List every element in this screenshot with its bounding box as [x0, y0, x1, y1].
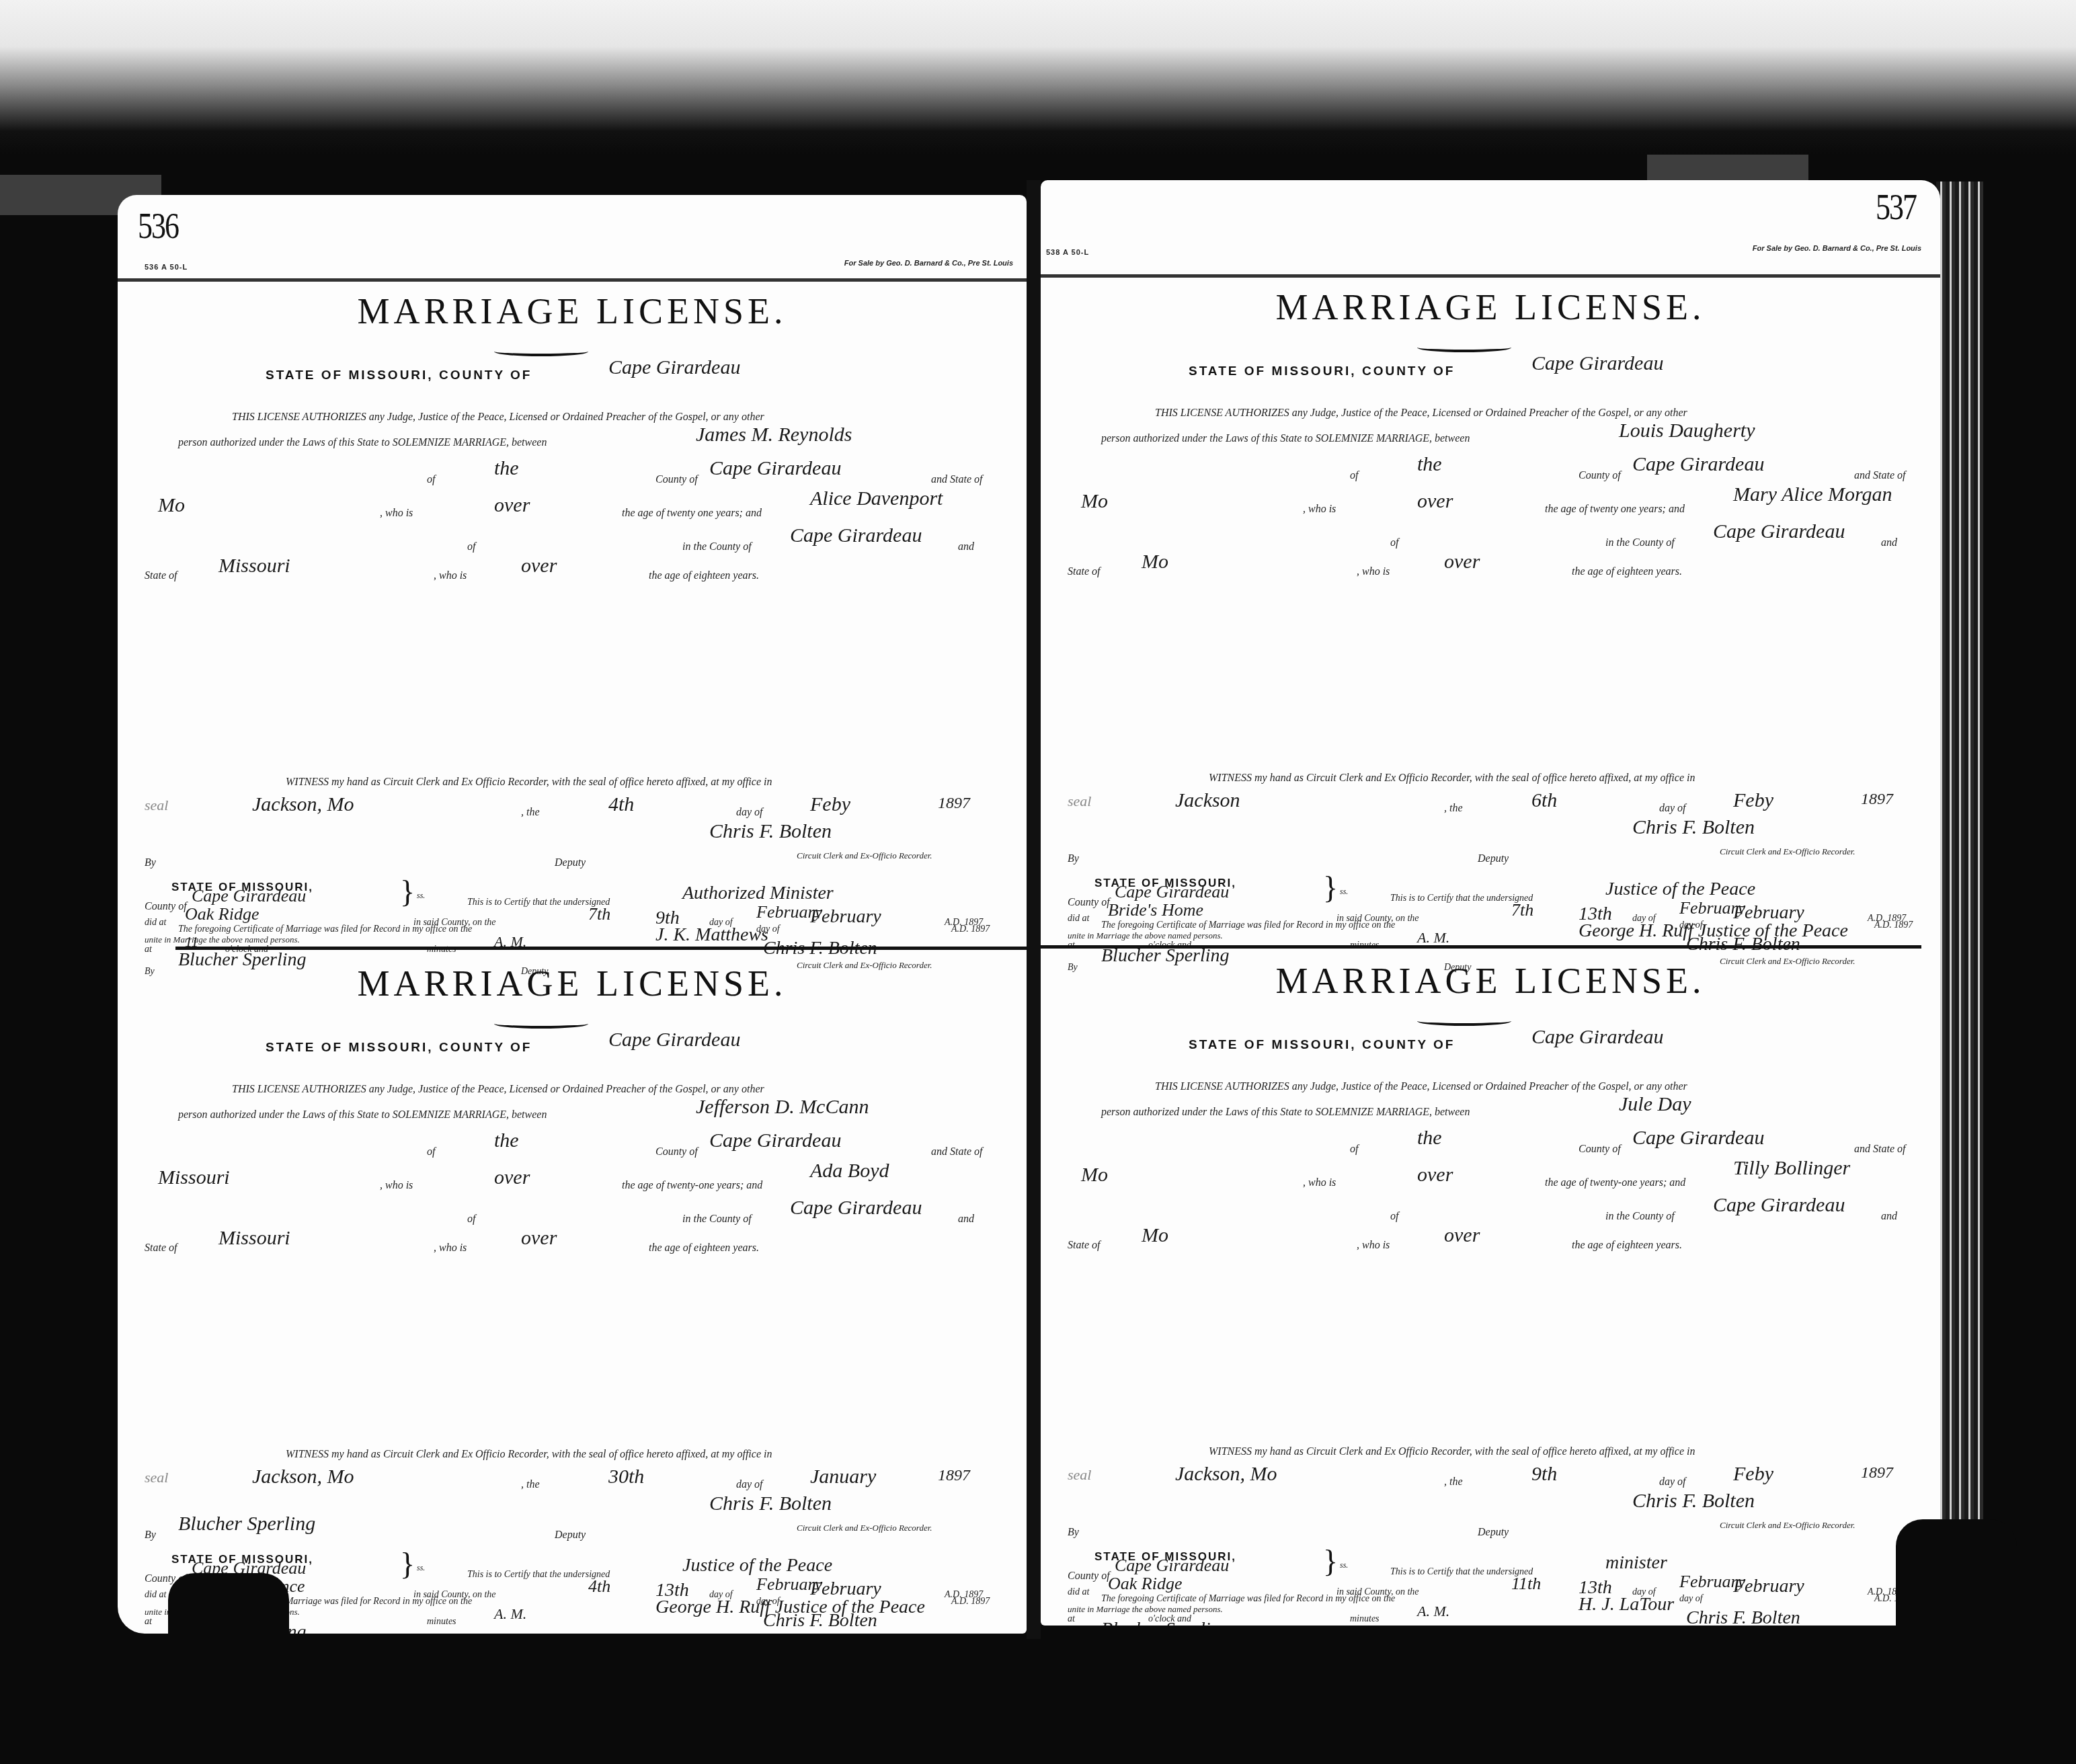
cert-county: Cape Girardeau: [192, 886, 306, 906]
marriage-day: 11th: [1511, 1574, 1541, 1594]
deputy-label: Deputy: [555, 857, 586, 869]
bride-name: Ada Boyd: [810, 1160, 889, 1182]
witness-place: Jackson: [1175, 789, 1240, 812]
age-18-text: the age of eighteen years.: [1572, 566, 1682, 578]
state-county-label: STATE OF MISSOURI, COUNTY OF: [266, 368, 532, 383]
license-divider: [1041, 945, 1921, 949]
cert-county-label: County of: [1068, 1570, 1110, 1582]
state-of-label: State of: [1068, 566, 1100, 578]
seal-mark: seal: [145, 1469, 168, 1486]
ornamental-swash: [1417, 343, 1511, 352]
license-title: MARRIAGE LICENSE.: [118, 290, 1027, 332]
cert-county-label: County of: [1068, 897, 1110, 909]
the-label: , the: [1444, 1476, 1463, 1488]
who-is-label: , who is: [1303, 1177, 1336, 1189]
age-21-text: the age of twenty-one years; and: [622, 1180, 762, 1192]
and-state-of-label: and State of: [931, 1146, 982, 1158]
did-at-label: did at: [1068, 1587, 1089, 1598]
groom-of-label: of: [1350, 1144, 1358, 1156]
filed-ad-label: A.D. 1897: [951, 924, 990, 935]
cert-county-label: County of: [145, 901, 187, 913]
witness-text: WITNESS my hand as Circuit Clerk and Ex …: [1209, 1446, 1695, 1458]
unite-text: unite in Marriage the above named person…: [1068, 930, 1223, 941]
publisher-line: For Sale by Geo. D. Barnard & Co., Pre S…: [1753, 245, 1921, 253]
bracket: }: [400, 874, 415, 910]
who-is-label: , who is: [1303, 504, 1336, 516]
bride-of-label: of: [1390, 537, 1398, 549]
clerk-signature: Chris F. Bolten: [709, 820, 832, 843]
groom-state: Mo: [158, 494, 185, 517]
clerk-title: Circuit Clerk and Ex-Officio Recorder.: [797, 1523, 932, 1533]
groom-of-label: of: [427, 474, 435, 486]
ss-label: ss.: [1340, 1560, 1348, 1570]
recorder-signature: Chris F. Bolten: [1686, 1607, 1800, 1626]
marriage-day: 4th: [588, 1576, 610, 1597]
authorizes-text: THIS LICENSE AUTHORIZES any Judge, Justi…: [1155, 407, 1687, 419]
bride-of-label: of: [1390, 1211, 1398, 1223]
officiant-title: minister: [1605, 1552, 1667, 1574]
deputy-label: Deputy: [1478, 1527, 1509, 1539]
at-label: at: [145, 1617, 152, 1628]
witness-year: 1897: [1861, 791, 1893, 809]
witness-place: Jackson, Mo: [252, 793, 354, 816]
filed-month: February: [1733, 1576, 1804, 1597]
marriage-license: MARRIAGE LICENSE. STATE OF MISSOURI, COU…: [1041, 952, 1940, 1624]
groom-name: James M. Reynolds: [696, 424, 852, 446]
witness-year: 1897: [938, 795, 970, 813]
bracket: }: [400, 1546, 415, 1582]
bride-county: Cape Girardeau: [790, 524, 922, 547]
bride-of-label: of: [467, 1213, 475, 1226]
witness-day: 6th: [1531, 789, 1557, 812]
ornamental-swash: [494, 1019, 588, 1029]
bride-age: over: [521, 1227, 557, 1250]
who-is-label: , who is: [380, 1180, 413, 1192]
filed-text: The foregoing Certificate of Marriage wa…: [1101, 920, 1395, 931]
state-of-label: State of: [1068, 1240, 1100, 1252]
authorizes-text: THIS LICENSE AUTHORIZES any Judge, Justi…: [232, 1084, 764, 1096]
bride-county-label: in the County of: [1605, 537, 1675, 549]
solemnize-text: person authorized under the Laws of this…: [178, 1109, 547, 1121]
bride-age: over: [1444, 1224, 1480, 1247]
state-county-label: STATE OF MISSOURI, COUNTY OF: [1189, 364, 1455, 379]
day-of-label: day of: [1659, 803, 1686, 815]
did-at-place: Oak Ridge: [1108, 1574, 1182, 1594]
bride-county: Cape Girardeau: [790, 1197, 922, 1219]
witness-day: 30th: [608, 1466, 644, 1488]
at-label: at: [1068, 1614, 1075, 1625]
who-is-label: , who is: [1357, 1240, 1390, 1252]
bride-state: Missouri: [218, 555, 290, 577]
bride-age: over: [521, 555, 557, 577]
bride-name: Tilly Bollinger: [1733, 1157, 1850, 1180]
day-of-label: day of: [756, 1597, 780, 1607]
groom-county-label: County of: [1579, 1144, 1621, 1156]
witness-day: 9th: [1531, 1463, 1557, 1486]
state-county-label: STATE OF MISSOURI, COUNTY OF: [1189, 1038, 1455, 1053]
seal-mark: seal: [145, 797, 168, 814]
witness-place: Jackson, Mo: [252, 1466, 354, 1488]
groom-name: Louis Daugherty: [1619, 419, 1755, 442]
groom-state: Mo: [1081, 1164, 1108, 1187]
did-at-place: Oak Ridge: [185, 904, 259, 924]
ss-label: ss.: [417, 1563, 425, 1573]
filed-ad-label: A.D. 1897: [1874, 920, 1913, 931]
marriage-license: MARRIAGE LICENSE. STATE OF MISSOURI, COU…: [1041, 278, 1940, 951]
bride-name: Mary Alice Morgan: [1733, 483, 1892, 506]
form-code: 538 A 50-L: [1046, 249, 1089, 257]
clerk-signature: Chris F. Bolten: [1632, 1490, 1755, 1513]
age-21-text: the age of twenty one years; and: [1545, 504, 1685, 516]
cert-county: Cape Girardeau: [1115, 882, 1229, 902]
filed-day: 9th: [655, 908, 680, 929]
groom-age: over: [1417, 490, 1453, 513]
filed-month: February: [810, 1578, 881, 1600]
form-code: 536 A 50-L: [145, 264, 188, 272]
page-number: 536: [138, 204, 178, 247]
filed-day: 13th: [655, 1580, 689, 1601]
and-state-of-label: and State of: [931, 474, 982, 486]
groom-county: Cape Girardeau: [1632, 453, 1764, 476]
marriage-license: MARRIAGE LICENSE. STATE OF MISSOURI, COU…: [118, 955, 1027, 1627]
license-title: MARRIAGE LICENSE.: [1041, 286, 1940, 328]
county-handwritten: Cape Girardeau: [608, 356, 740, 379]
groom-of-label: of: [427, 1146, 435, 1158]
by-label: By: [145, 1529, 156, 1541]
solemnize-text: person authorized under the Laws of this…: [1101, 433, 1470, 445]
clerk-title: Circuit Clerk and Ex-Officio Recorder.: [797, 850, 932, 861]
the-label: , the: [521, 1479, 540, 1491]
county-handwritten: Cape Girardeau: [1531, 352, 1663, 375]
and-state-of-label: and State of: [1854, 1144, 1905, 1156]
clerk-signature: Chris F. Bolten: [709, 1492, 832, 1515]
bride-county: Cape Girardeau: [1713, 520, 1845, 543]
clerk-title: Circuit Clerk and Ex-Officio Recorder.: [797, 1632, 932, 1634]
at-label: at: [145, 945, 152, 955]
authorizes-text: THIS LICENSE AUTHORIZES any Judge, Justi…: [1155, 1081, 1687, 1093]
clerk-title: Circuit Clerk and Ex-Officio Recorder.: [1720, 846, 1855, 857]
and-label: and: [958, 1213, 974, 1226]
groom-age: over: [494, 494, 530, 517]
did-at-label: did at: [145, 1590, 166, 1601]
who-is-label: , who is: [434, 1242, 467, 1254]
and-state-of-label: and State of: [1854, 470, 1905, 482]
header-rule: [118, 278, 1027, 282]
bride-state: Missouri: [218, 1227, 290, 1250]
ornamental-swash: [494, 347, 588, 356]
witness-month: Feby: [810, 793, 850, 816]
meridiem: A. M.: [494, 1605, 526, 1623]
meridiem: A. M.: [1417, 929, 1449, 947]
and-label: and: [958, 541, 974, 553]
bride-state: Mo: [1142, 1224, 1168, 1247]
groom-state: Missouri: [158, 1166, 230, 1189]
officiant-title: Justice of the Peace: [682, 1555, 832, 1576]
groom-name: Jule Day: [1619, 1093, 1691, 1116]
did-at-label: did at: [145, 918, 166, 928]
filed-month: February: [810, 906, 881, 928]
county-handwritten: Cape Girardeau: [608, 1029, 740, 1051]
deputy-label: Deputy: [555, 1529, 586, 1541]
officiant-title: Justice of the Peace: [1605, 879, 1755, 900]
left-page: 536 536 A 50-L For Sale by Geo. D. Barna…: [118, 195, 1027, 1634]
age-18-text: the age of eighteen years.: [649, 1242, 759, 1254]
header-rule: [1041, 274, 1940, 278]
witness-year: 1897: [938, 1467, 970, 1485]
filed-month: February: [1733, 902, 1804, 924]
publisher-line: For Sale by Geo. D. Barnard & Co., Pre S…: [844, 259, 1013, 268]
state-of-label: State of: [145, 570, 177, 582]
deputy-label: Deputy: [1478, 853, 1509, 865]
filed-by-deputy: Blucher Sperling: [1101, 1619, 1230, 1626]
groom-age: over: [1417, 1164, 1453, 1187]
unite-text: unite in Marriage the above named person…: [1068, 1604, 1223, 1615]
cert-county: Cape Girardeau: [1115, 1556, 1229, 1576]
the-label: , the: [521, 807, 540, 819]
witness-month: January: [810, 1466, 876, 1488]
age-18-text: the age of eighteen years.: [1572, 1240, 1682, 1252]
filed-day: 13th: [1579, 904, 1612, 925]
bracket: }: [1323, 870, 1338, 906]
who-is-label: , who is: [434, 570, 467, 582]
and-label: and: [1881, 1211, 1897, 1223]
the-label: , the: [1444, 803, 1463, 815]
book-page-edges: [1936, 182, 1983, 1607]
ss-label: ss.: [417, 891, 425, 901]
minutes-label: minutes: [427, 1617, 456, 1628]
license-title: MARRIAGE LICENSE.: [1041, 960, 1940, 1002]
bride-county-label: in the County of: [682, 1213, 752, 1226]
filed-ad-label: A.D. 1897: [951, 1597, 990, 1607]
bride-state: Mo: [1142, 551, 1168, 573]
groom-county: Cape Girardeau: [1632, 1127, 1764, 1150]
groom-age: over: [494, 1166, 530, 1189]
officiant-title: Authorized Minister: [682, 883, 834, 904]
by-deputy: Blucher Sperling: [178, 1513, 315, 1535]
groom-state: Mo: [1081, 490, 1108, 513]
authorizes-text: THIS LICENSE AUTHORIZES any Judge, Justi…: [232, 411, 764, 424]
groom-of-value: the: [494, 457, 519, 480]
groom-of-value: the: [1417, 453, 1442, 476]
day-of-label: day of: [736, 807, 763, 819]
groom-of-value: the: [494, 1129, 519, 1152]
clerk-signature: Chris F. Bolten: [1632, 816, 1755, 839]
solemnize-text: person authorized under the Laws of this…: [1101, 1107, 1470, 1119]
bride-county: Cape Girardeau: [1713, 1194, 1845, 1217]
groom-of-value: the: [1417, 1127, 1442, 1150]
bride-county-label: in the County of: [1605, 1211, 1675, 1223]
who-is-label: , who is: [1357, 566, 1390, 578]
day-of-label: day of: [1659, 1476, 1686, 1488]
day-of-label: day of: [1679, 920, 1703, 931]
groom-county-label: County of: [1579, 470, 1621, 482]
witness-day: 4th: [608, 793, 634, 816]
filed-day: 13th: [1579, 1577, 1612, 1599]
minutes-label: minutes: [1350, 1614, 1380, 1625]
by-label: By: [145, 857, 156, 869]
age-18-text: the age of eighteen years.: [649, 570, 759, 582]
witness-text: WITNESS my hand as Circuit Clerk and Ex …: [286, 776, 772, 789]
meridiem: A. M.: [1417, 1603, 1449, 1620]
seal-mark: seal: [1068, 793, 1091, 810]
day-of-label: day of: [736, 1479, 763, 1491]
and-label: and: [1881, 537, 1897, 549]
bride-age: over: [1444, 551, 1480, 573]
unite-text: unite in Marriage the above named person…: [145, 934, 300, 945]
age-21-text: the age of twenty-one years; and: [1545, 1177, 1685, 1189]
bride-of-label: of: [467, 541, 475, 553]
witness-text: WITNESS my hand as Circuit Clerk and Ex …: [286, 1449, 772, 1461]
by-label: By: [1068, 853, 1079, 865]
book-gutter: [1027, 180, 1041, 1639]
background-top-glare: [0, 0, 2076, 155]
marriage-license: MARRIAGE LICENSE. STATE OF MISSOURI, COU…: [118, 282, 1027, 955]
ss-label: ss.: [1340, 887, 1348, 897]
did-at-place: Bride's Home: [1108, 900, 1203, 920]
groom-of-label: of: [1350, 470, 1358, 482]
ornamental-swash: [1417, 1016, 1511, 1026]
groom-county-label: County of: [655, 474, 698, 486]
license-divider: [175, 947, 1027, 950]
seal-mark: seal: [1068, 1466, 1091, 1484]
state-county-label: STATE OF MISSOURI, COUNTY OF: [266, 1041, 532, 1055]
bride-name: Alice Davenport: [810, 487, 943, 510]
day-of-label: day of: [756, 924, 780, 935]
marriage-day: 7th: [1511, 900, 1533, 920]
bracket: }: [1323, 1543, 1338, 1579]
right-page: 537 538 A 50-L For Sale by Geo. D. Barna…: [1041, 180, 1940, 1626]
clerk-title: Circuit Clerk and Ex-Officio Recorder.: [1720, 1520, 1855, 1531]
recorder-signature: Chris F. Bolten: [763, 1610, 877, 1632]
state-of-label: State of: [145, 1242, 177, 1254]
page-number: 537: [1876, 186, 1916, 229]
solemnize-text: person authorized under the Laws of this…: [178, 437, 547, 449]
bride-county-label: in the County of: [682, 541, 752, 553]
witness-text: WITNESS my hand as Circuit Clerk and Ex …: [1209, 772, 1695, 785]
did-at-label: did at: [1068, 914, 1089, 924]
groom-name: Jefferson D. McCann: [696, 1096, 869, 1119]
day-of-label: day of: [1679, 1594, 1703, 1605]
county-handwritten: Cape Girardeau: [1531, 1026, 1663, 1049]
age-21-text: the age of twenty one years; and: [622, 508, 762, 520]
license-title: MARRIAGE LICENSE.: [118, 963, 1027, 1004]
filed-text: The foregoing Certificate of Marriage wa…: [1101, 1594, 1395, 1605]
groom-county: Cape Girardeau: [709, 457, 841, 480]
groom-county-label: County of: [655, 1146, 698, 1158]
by-label: By: [1068, 1527, 1079, 1539]
filed-text: The foregoing Certificate of Marriage wa…: [178, 924, 472, 935]
marriage-day: 7th: [588, 904, 610, 924]
background-bottom: [0, 1640, 2076, 1764]
witness-month: Feby: [1733, 789, 1773, 812]
groom-county: Cape Girardeau: [709, 1129, 841, 1152]
who-is-label: , who is: [380, 508, 413, 520]
witness-place: Jackson, Mo: [1175, 1463, 1277, 1486]
thumb-shadow-right: [1896, 1519, 2017, 1654]
witness-year: 1897: [1861, 1464, 1893, 1482]
witness-month: Feby: [1733, 1463, 1773, 1486]
